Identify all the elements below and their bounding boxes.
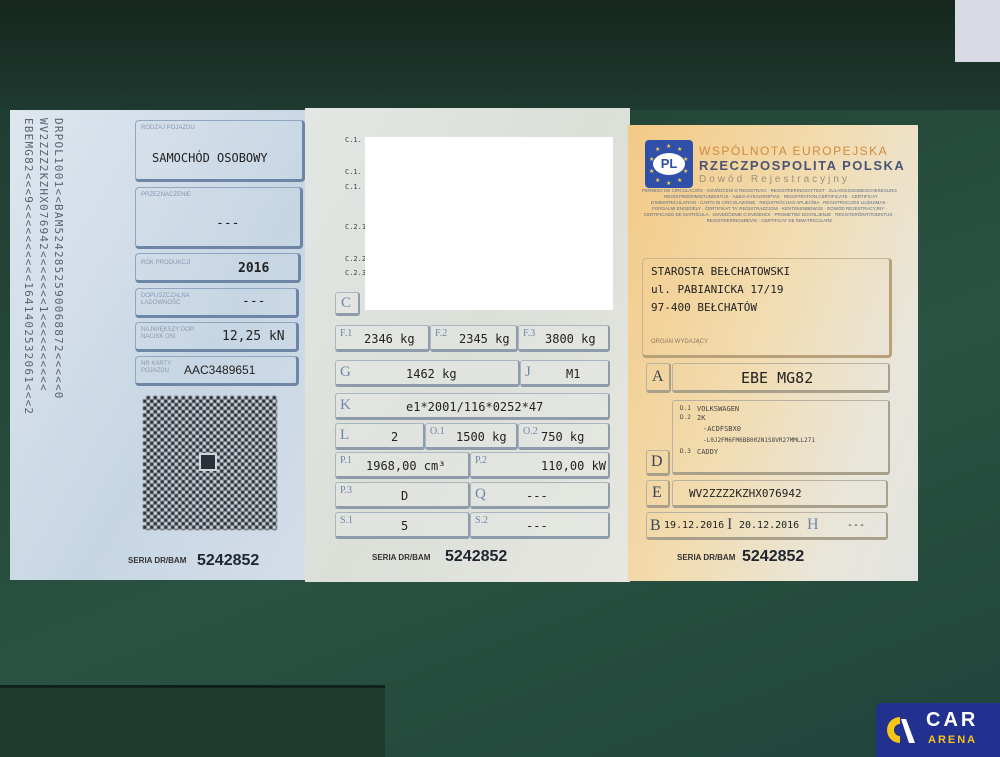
code-c-cell: C — [335, 292, 360, 316]
code-a-cell: A — [646, 363, 671, 393]
redacted-owner-area — [365, 137, 613, 310]
car-arena-logo: CAR ARENA — [876, 703, 1000, 757]
mrz-zone: DRPOL1001<<BAM5242852590068872<<<<<0 WV2… — [22, 118, 70, 558]
serial-number-middle: 5242852 — [445, 548, 507, 566]
serial-number-left: 5242852 — [197, 552, 259, 570]
field-vehicle-card: Nr karty pojazdu AAC3489651 — [135, 356, 299, 386]
tech-cell-q: Q--- — [470, 482, 610, 509]
dates-row: B 19.12.2016 I 20.12.2016 H --- — [646, 512, 888, 540]
header-country: RZECZPOSPOLITA POLSKA — [699, 158, 905, 173]
tech-cell-p-1: P.11968,00 cm³ — [335, 452, 470, 479]
issuer-box: STAROSTA BEŁCHATOWSKI ul. PABIANICKA 17/… — [642, 258, 892, 358]
tech-cell-l: L2 — [335, 423, 425, 450]
first-registration-date: 19.12.2016 — [664, 520, 724, 531]
tech-cell-p-2: P.2110,00 kW — [470, 452, 610, 479]
mrz-line-2: WV2ZZZ2KZHX076942<<<<<<<1<<<<<<<<<< — [37, 118, 50, 392]
tech-cell-f-1: F.12346 kg — [335, 325, 430, 352]
vin: WV2ZZZ2KZHX076942 — [689, 487, 802, 500]
folder-flap — [0, 685, 385, 757]
header-doc-title: Dowód Rejestracyjny — [699, 174, 850, 185]
serial-label-left: SERIA DR/BAM — [128, 556, 186, 565]
field-production-year: Rok produkcji 2016 — [135, 253, 301, 283]
barcode-center-mark — [199, 453, 217, 471]
vin-cell: WV2ZZZ2KZHX076942 — [672, 480, 888, 508]
code-e-cell: E — [646, 480, 670, 508]
multilingual-fine-print: Permiso de circulación · Osvědčení o reg… — [642, 188, 897, 224]
tech-cell-s-2: S.2--- — [470, 512, 610, 539]
tech-cell-o-1: O.11500 kg — [425, 423, 518, 450]
field-payload: Dopuszczalna ładowność --- — [135, 288, 299, 318]
tech-cell-j: JM1 — [520, 360, 610, 387]
country-code: PL — [653, 153, 685, 175]
eu-pl-badge: PL ★★★★★★★★★★ — [645, 140, 693, 188]
serial-label-middle: SERIA DR/BAM — [372, 553, 430, 562]
tech-cell-p-3: P.3D — [335, 482, 470, 509]
tech-cell-k: Ke1*2001/116*0252*47 — [335, 393, 610, 420]
field-axle-load: Największy dop. nacisk osi 12,25 kN — [135, 322, 299, 352]
serial-number-right: 5242852 — [742, 548, 804, 566]
tech-cell-f-2: F.22345 kg — [430, 325, 518, 352]
mrz-line-1: DRPOL1001<<BAM5242852590068872<<<<<0 — [52, 118, 65, 400]
field-vehicle-type: Rodzaj pojazdu SAMOCHÓD OSOBOWY — [135, 120, 305, 182]
serial-label-right: SERIA DR/BAM — [677, 553, 735, 562]
registration-number: EBE MG82 — [741, 369, 813, 387]
paper-corner — [955, 0, 1000, 62]
mrz-line-3: EBEMG82<<<9<<<<<<<<<<1641402532061<<<2 — [22, 118, 35, 415]
background-shadow — [0, 0, 1000, 110]
tech-cell-s-1: S.15 — [335, 512, 470, 539]
registration-number-cell: EBE MG82 — [672, 363, 890, 393]
logo-mark-icon — [886, 715, 916, 745]
tech-cell-g: G1462 kg — [335, 360, 520, 387]
tech-cell-o-2: O.2750 kg — [518, 423, 610, 450]
code-d-cell: D — [646, 450, 670, 476]
tech-cell-f-3: F.33800 kg — [518, 325, 610, 352]
header-eu: WSPÓLNOTA EUROPEJSKA — [699, 144, 888, 158]
field-purpose: Przeznaczenie --- — [135, 187, 303, 249]
registration-date: 20.12.2016 — [739, 520, 799, 531]
